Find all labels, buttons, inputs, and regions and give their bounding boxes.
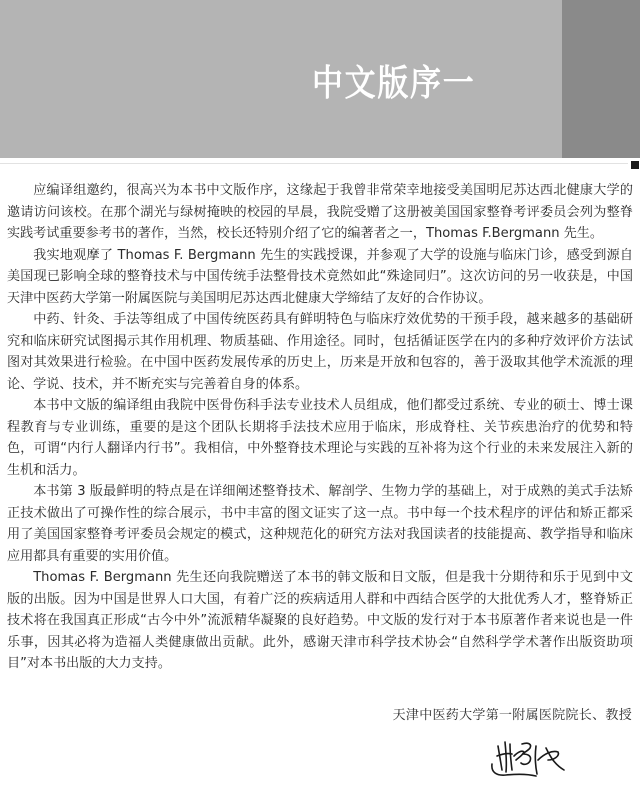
handwritten-signature-icon — [488, 734, 572, 782]
paragraph: Thomas F. Bergmann 先生还向我院赠送了本书的韩文版和日文版，但… — [7, 567, 633, 675]
paragraph: 本书第 3 版最鲜明的特点是在详细阐述整脊技术、解剖学、生物力学的基础上，对于成… — [7, 481, 633, 567]
paragraph: 应编译组邀约，很高兴为本书中文版作序，这缘起于我曾非常荣幸地接受美国明尼苏达西北… — [7, 180, 633, 245]
page-title: 中文版序一 — [312, 62, 475, 106]
paragraph: 本书中文版的编译组由我院中医骨伤科手法专业技术人员组成，他们都受过系统、专业的硕… — [7, 395, 633, 481]
paragraph: 中药、针灸、手法等组成了中国传统医药具有鲜明特色与临床疗效优势的干预手段，越来越… — [7, 309, 633, 395]
paragraph: 我实地观摩了 Thomas F. Bergmann 先生的实践授课，并参观了大学… — [7, 245, 633, 310]
header-divider — [0, 163, 628, 164]
author-affiliation: 天津中医药大学第一附属医院院长、教授 — [393, 707, 632, 725]
signature-block: 天津中医药大学第一附属医院院长、教授 — [393, 707, 632, 725]
header-side-block — [562, 0, 640, 158]
preface-body: 应编译组邀约，很高兴为本书中文版作序，这缘起于我曾非常荣幸地接受美国明尼苏达西北… — [7, 180, 633, 675]
corner-marker — [631, 161, 639, 169]
